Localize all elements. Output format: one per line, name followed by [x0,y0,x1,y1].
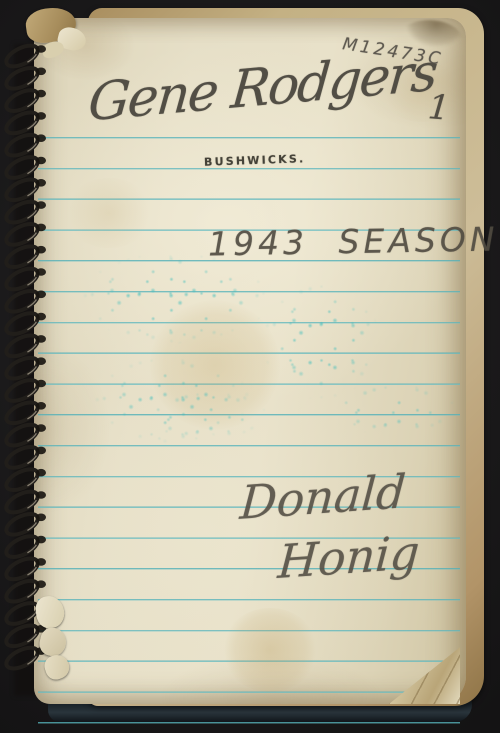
age-stain [64,178,154,248]
photo-background: Gene Rodgers BUSHWICKS. M12473C 1 1943 S… [0,0,500,733]
page-number: 1 [426,87,451,129]
spiral-binding-coils [3,41,46,672]
teal-ink-stain [80,252,270,344]
season-title: 1943 SEASON [208,219,499,263]
teal-ink-stain [138,390,268,440]
age-stain [222,608,318,692]
spiral-binding [0,40,58,692]
teal-ink-stain [262,282,380,400]
notebook-page: Gene Rodgers BUSHWICKS. M12473C 1 1943 S… [34,18,466,704]
teal-ink-stain [326,383,458,435]
owner-last-name: Honig [276,525,421,589]
